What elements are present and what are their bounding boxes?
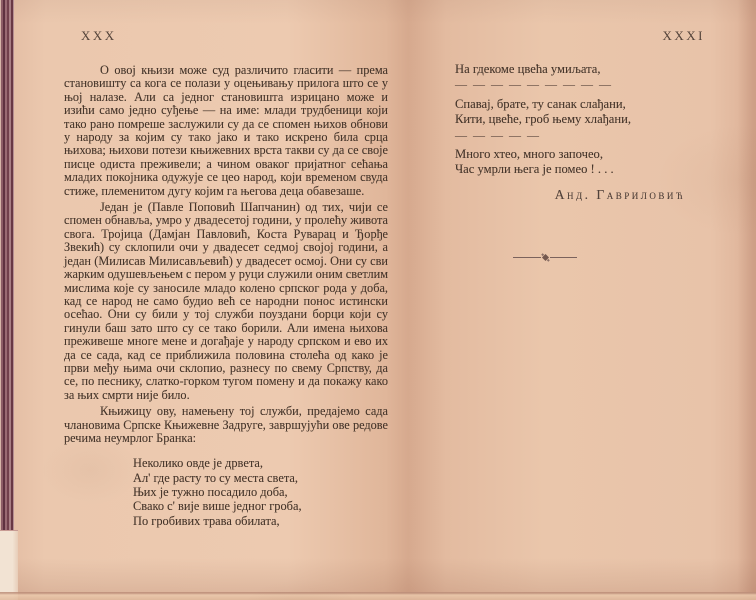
left-page-body: О овој књизи може суд различито гласити … — [64, 64, 388, 445]
book-scan: XXX О овој књизи може суд различито глас… — [0, 0, 756, 600]
verse-line: Свако с' вије више једног гроба, — [133, 499, 390, 513]
book-binding-edge — [0, 0, 14, 535]
verse-line: Кити, цвеће, гроб њему хлађани, — [455, 112, 705, 127]
page-bottom-edge — [0, 592, 756, 600]
page-corner-bottom-left — [0, 530, 18, 600]
paragraph: Један је (Павле Поповић Шапчанин) од тих… — [64, 201, 388, 402]
ornament-rule-right — [550, 257, 578, 258]
verse-line: Час умрли њега је помео ! . . . — [455, 162, 705, 177]
ornament-rule-left — [513, 257, 541, 258]
verse-line: Ал' где расту то су места света, — [133, 471, 390, 485]
right-page-verse: На гдекоме цвећа умиљата, — — — — — — — … — [455, 62, 705, 178]
paragraph: Књижицу ову, намењену тој служби, предај… — [64, 405, 388, 445]
left-page-number: XXX — [81, 28, 390, 44]
verse-line: Спавај, брате, ту санак слађани, — [455, 97, 705, 112]
left-page-verse: Неколико овде је дрвета, Ал' где расту т… — [133, 456, 390, 527]
verse-dash-line: — — — — — — — — — — [455, 77, 705, 92]
ornament-diamond-icon — [541, 254, 548, 261]
verse-line: Неколико овде је дрвета, — [133, 456, 390, 470]
right-page-number: XXXI — [455, 28, 705, 44]
author-signature: Анд. Гавриловић — [455, 187, 705, 203]
paragraph: О овој књизи може суд различито гласити … — [64, 64, 388, 198]
verse-line: По гробивих трава обилата, — [133, 514, 390, 528]
right-page: XXXI На гдекоме цвећа умиљата, — — — — —… — [455, 0, 705, 203]
divider-ornament — [513, 252, 577, 263]
verse-line: На гдекоме цвећа умиљата, — [455, 62, 705, 77]
verse-line: Њих је тужно посадило доба, — [133, 485, 390, 499]
left-page: XXX О овој књизи може суд различито глас… — [64, 0, 390, 528]
verse-line: Много хтео, много започео, — [455, 147, 705, 162]
verse-dash-line: — — — — — — [455, 128, 705, 143]
